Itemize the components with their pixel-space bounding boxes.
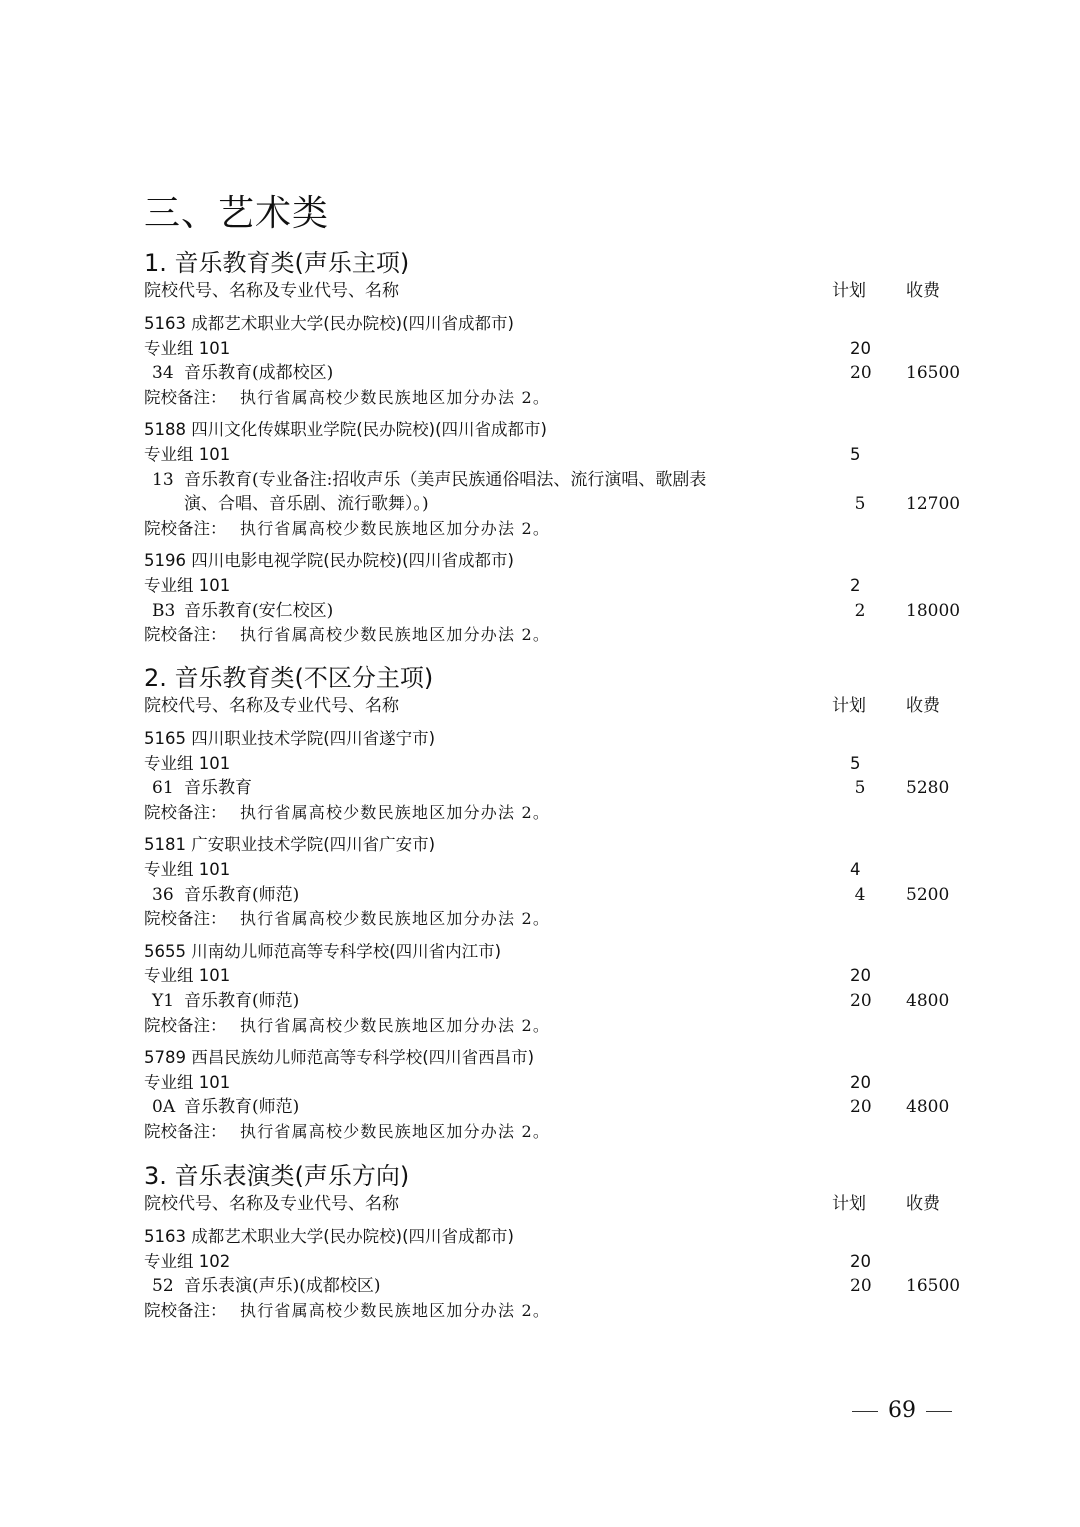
- header-fee: 收费: [906, 693, 940, 719]
- major-code: 61: [152, 776, 184, 801]
- group-plan: 20: [850, 337, 871, 362]
- major-name: 音乐教育(师范): [184, 989, 299, 1014]
- major-code: 13: [152, 468, 184, 493]
- header-fee: 收费: [906, 278, 940, 304]
- section-title: 1. 音乐教育类(声乐主项): [144, 248, 964, 278]
- section-music-education-general: 2. 音乐教育类(不区分主项) 院校代号、名称及专业代号、名称 计划 收费 51…: [144, 663, 964, 1153]
- note-label: 院校备注：: [144, 1014, 227, 1039]
- school-entry: 5789 西昌民族幼儿师范高等专科学校(四川省西昌市) 专业组 10120 0A…: [144, 1046, 964, 1144]
- note-text: 执行省属高校少数民族地区加分办法 2。: [240, 623, 550, 648]
- major-name: 音乐教育(师范): [184, 883, 299, 908]
- group-plan: 20: [850, 964, 871, 989]
- group-plan: 5: [850, 443, 861, 468]
- note-text: 执行省属高校少数民族地区加分办法 2。: [240, 1120, 550, 1145]
- major-group-label: 专业组 101: [144, 752, 230, 777]
- major-fee: 16500: [906, 361, 960, 386]
- major-code: 52: [152, 1274, 184, 1299]
- group-plan: 5: [850, 752, 861, 777]
- school-line: 5196 四川电影电视学院(民办院校)(四川省成都市): [144, 549, 514, 574]
- major-code: 0A: [152, 1095, 184, 1120]
- document-page: 三、艺术类 1. 音乐教育类(声乐主项) 院校代号、名称及专业代号、名称 计划 …: [0, 0, 1080, 1527]
- section-music-performance-vocal: 3. 音乐表演类(声乐方向) 院校代号、名称及专业代号、名称 计划 收费 516…: [144, 1161, 964, 1331]
- major-group-label: 专业组 101: [144, 443, 230, 468]
- major-name: 音乐教育(专业备注:招收声乐（美声民族通俗唱法、流行演唱、歌剧表: [184, 468, 706, 493]
- school-line: 5165 四川职业技术学院(四川省遂宁市): [144, 727, 435, 752]
- header-plan: 计划: [832, 693, 866, 719]
- header-name: 院校代号、名称及专业代号、名称: [144, 1191, 399, 1217]
- note-text: 执行省属高校少数民族地区加分办法 2。: [240, 517, 550, 542]
- group-plan: 4: [850, 858, 861, 883]
- major-code: 34: [152, 361, 184, 386]
- note-text: 执行省属高校少数民族地区加分办法 2。: [240, 1014, 550, 1039]
- major-fee: 12700: [906, 492, 960, 517]
- note-label: 院校备注：: [144, 801, 227, 826]
- page-number: 69: [888, 1398, 916, 1423]
- header-fee: 收费: [906, 1191, 940, 1217]
- header-name: 院校代号、名称及专业代号、名称: [144, 278, 399, 304]
- major-code: 36: [152, 883, 184, 908]
- school-line: 5789 西昌民族幼儿师范高等专科学校(四川省西昌市): [144, 1046, 534, 1071]
- major-name: 音乐教育: [184, 776, 252, 801]
- group-plan: 20: [850, 1250, 871, 1275]
- section-title: 3. 音乐表演类(声乐方向): [144, 1161, 964, 1191]
- footer-dash-right: [926, 1411, 952, 1412]
- note-text: 执行省属高校少数民族地区加分办法 2。: [240, 801, 550, 826]
- section-music-education-vocal: 1. 音乐教育类(声乐主项) 院校代号、名称及专业代号、名称 计划 收费 516…: [144, 248, 964, 656]
- header-plan: 计划: [832, 278, 866, 304]
- major-code: B3: [152, 599, 184, 624]
- column-header-row: 院校代号、名称及专业代号、名称 计划 收费: [144, 278, 964, 304]
- school-entry: 5163 成都艺术职业大学(民办院校)(四川省成都市) 专业组 10220 52…: [144, 1225, 964, 1323]
- note-label: 院校备注：: [144, 1299, 227, 1324]
- major-fee: 16500: [906, 1274, 960, 1299]
- note-label: 院校备注：: [144, 517, 227, 542]
- note-text: 执行省属高校少数民族地区加分办法 2。: [240, 386, 550, 411]
- major-plan: 20: [850, 1095, 870, 1120]
- note-label: 院校备注：: [144, 907, 227, 932]
- footer-dash-left: [852, 1411, 878, 1412]
- school-entry: 5163 成都艺术职业大学(民办院校)(四川省成都市) 专业组 10120 34…: [144, 312, 964, 410]
- school-line: 5188 四川文化传媒职业学院(民办院校)(四川省成都市): [144, 418, 547, 443]
- major-fee: 5280: [906, 776, 949, 801]
- major-group-label: 专业组 101: [144, 337, 230, 362]
- major-group-label: 专业组 101: [144, 1071, 230, 1096]
- school-entry: 5655 川南幼儿师范高等专科学校(四川省内江市) 专业组 10120 Y1音乐…: [144, 940, 964, 1038]
- school-entry: 5181 广安职业技术学院(四川省广安市) 专业组 1014 36音乐教育(师范…: [144, 833, 964, 931]
- school-line: 5655 川南幼儿师范高等专科学校(四川省内江市): [144, 940, 501, 965]
- school-entry: 5188 四川文化传媒职业学院(民办院校)(四川省成都市) 专业组 1015 1…: [144, 418, 964, 541]
- page-footer: 69: [842, 1398, 962, 1424]
- major-fee: 4800: [906, 989, 949, 1014]
- school-line: 5181 广安职业技术学院(四川省广安市): [144, 833, 435, 858]
- major-group-label: 专业组 101: [144, 858, 230, 883]
- school-entry: 5196 四川电影电视学院(民办院校)(四川省成都市) 专业组 1012 B3音…: [144, 549, 964, 647]
- section-title: 2. 音乐教育类(不区分主项): [144, 663, 964, 693]
- group-plan: 2: [850, 574, 861, 599]
- major-name: 音乐教育(成都校区): [184, 361, 333, 386]
- major-code: Y1: [152, 989, 184, 1014]
- note-text: 执行省属高校少数民族地区加分办法 2。: [240, 1299, 550, 1324]
- note-label: 院校备注：: [144, 1120, 227, 1145]
- major-name-continued: 演、合唱、音乐剧、流行歌舞）。): [184, 492, 429, 517]
- column-header-row: 院校代号、名称及专业代号、名称 计划 收费: [144, 1191, 964, 1217]
- note-label: 院校备注：: [144, 623, 227, 648]
- group-plan: 20: [850, 1071, 871, 1096]
- major-fee: 4800: [906, 1095, 949, 1120]
- major-group-label: 专业组 101: [144, 574, 230, 599]
- major-plan: 20: [850, 989, 870, 1014]
- major-group-label: 专业组 101: [144, 964, 230, 989]
- chapter-title: 三、艺术类: [144, 188, 329, 240]
- major-name: 音乐教育(师范): [184, 1095, 299, 1120]
- major-group-label: 专业组 102: [144, 1250, 230, 1275]
- major-plan: 5: [850, 776, 870, 801]
- header-plan: 计划: [832, 1191, 866, 1217]
- major-plan: 20: [850, 1274, 870, 1299]
- note-text: 执行省属高校少数民族地区加分办法 2。: [240, 907, 550, 932]
- major-plan: 4: [850, 883, 870, 908]
- column-header-row: 院校代号、名称及专业代号、名称 计划 收费: [144, 693, 964, 719]
- header-name: 院校代号、名称及专业代号、名称: [144, 693, 399, 719]
- major-fee: 5200: [906, 883, 949, 908]
- major-plan: 2: [850, 599, 870, 624]
- major-fee: 18000: [906, 599, 960, 624]
- major-plan: 5: [850, 492, 870, 517]
- major-name: 音乐表演(声乐)(成都校区): [184, 1274, 381, 1299]
- school-line: 5163 成都艺术职业大学(民办院校)(四川省成都市): [144, 1225, 514, 1250]
- note-label: 院校备注：: [144, 386, 227, 411]
- major-name: 音乐教育(安仁校区): [184, 599, 333, 624]
- school-entry: 5165 四川职业技术学院(四川省遂宁市) 专业组 1015 61音乐教育552…: [144, 727, 964, 825]
- major-plan: 20: [850, 361, 870, 386]
- school-line: 5163 成都艺术职业大学(民办院校)(四川省成都市): [144, 312, 514, 337]
